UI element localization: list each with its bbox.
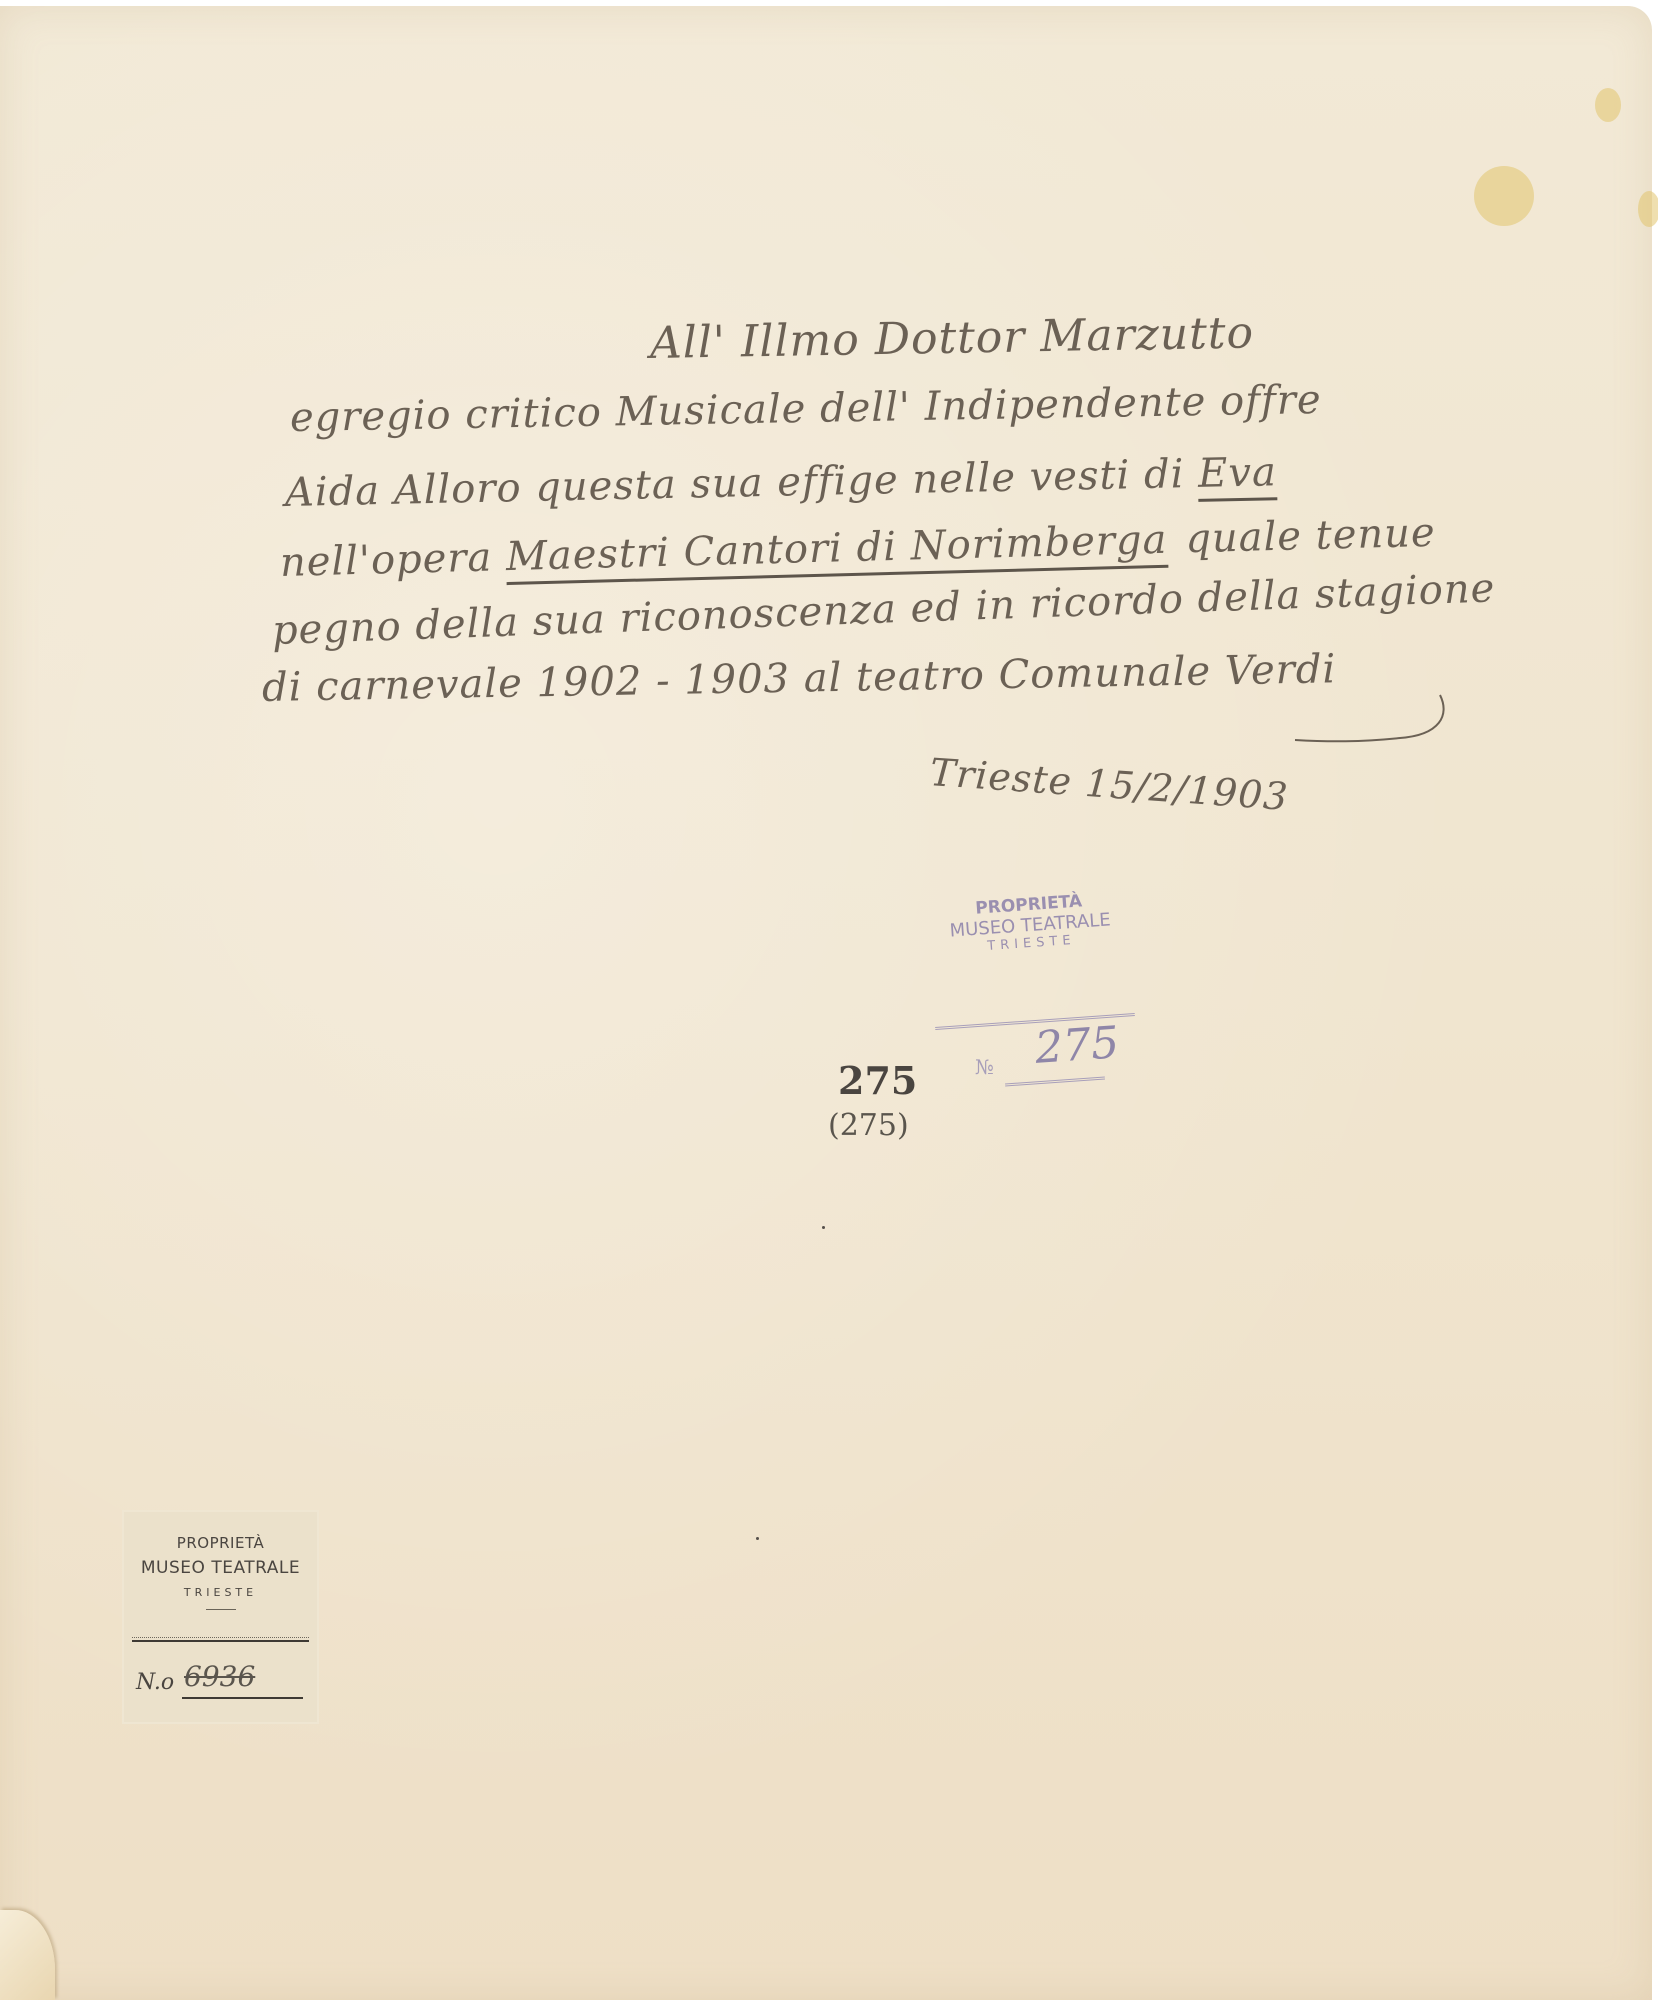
speck xyxy=(756,1537,759,1540)
museum-label-sticker: PROPRIETÀ MUSEO TEATRALE TRIESTE N.o 693… xyxy=(124,1512,317,1722)
water-stain xyxy=(1474,166,1534,226)
dedication-line-1: All' Illmo Dottor Marzutto xyxy=(650,307,1255,369)
label-line-1: PROPRIETÀ xyxy=(124,1534,317,1552)
label-rule xyxy=(132,1640,309,1642)
water-stain xyxy=(1595,88,1621,122)
label-number-label: N.o xyxy=(136,1670,174,1695)
torn-corner xyxy=(0,1910,55,2000)
label-dash xyxy=(206,1609,236,1610)
speck xyxy=(822,1226,825,1229)
label-number-underline xyxy=(182,1697,303,1699)
signature-swash xyxy=(1290,690,1470,750)
stamp-number-value: 275 xyxy=(1033,1017,1120,1074)
dedication-line-4-prefix: nell'opera xyxy=(279,534,492,586)
dedication-line-4-suffix: quale tenue xyxy=(1185,510,1436,563)
stamp-number-label: № xyxy=(975,1055,994,1079)
label-number-value: 6936 xyxy=(184,1660,255,1693)
water-stain xyxy=(1638,191,1658,227)
label-line-2: MUSEO TEATRALE xyxy=(124,1558,317,1578)
label-line-3: TRIESTE xyxy=(124,1586,317,1599)
inventory-number: 275 xyxy=(838,1058,917,1103)
role-name: Eva xyxy=(1198,449,1278,502)
inventory-number-handwritten: (275) xyxy=(828,1108,909,1143)
label-dotted-rule xyxy=(132,1637,309,1638)
